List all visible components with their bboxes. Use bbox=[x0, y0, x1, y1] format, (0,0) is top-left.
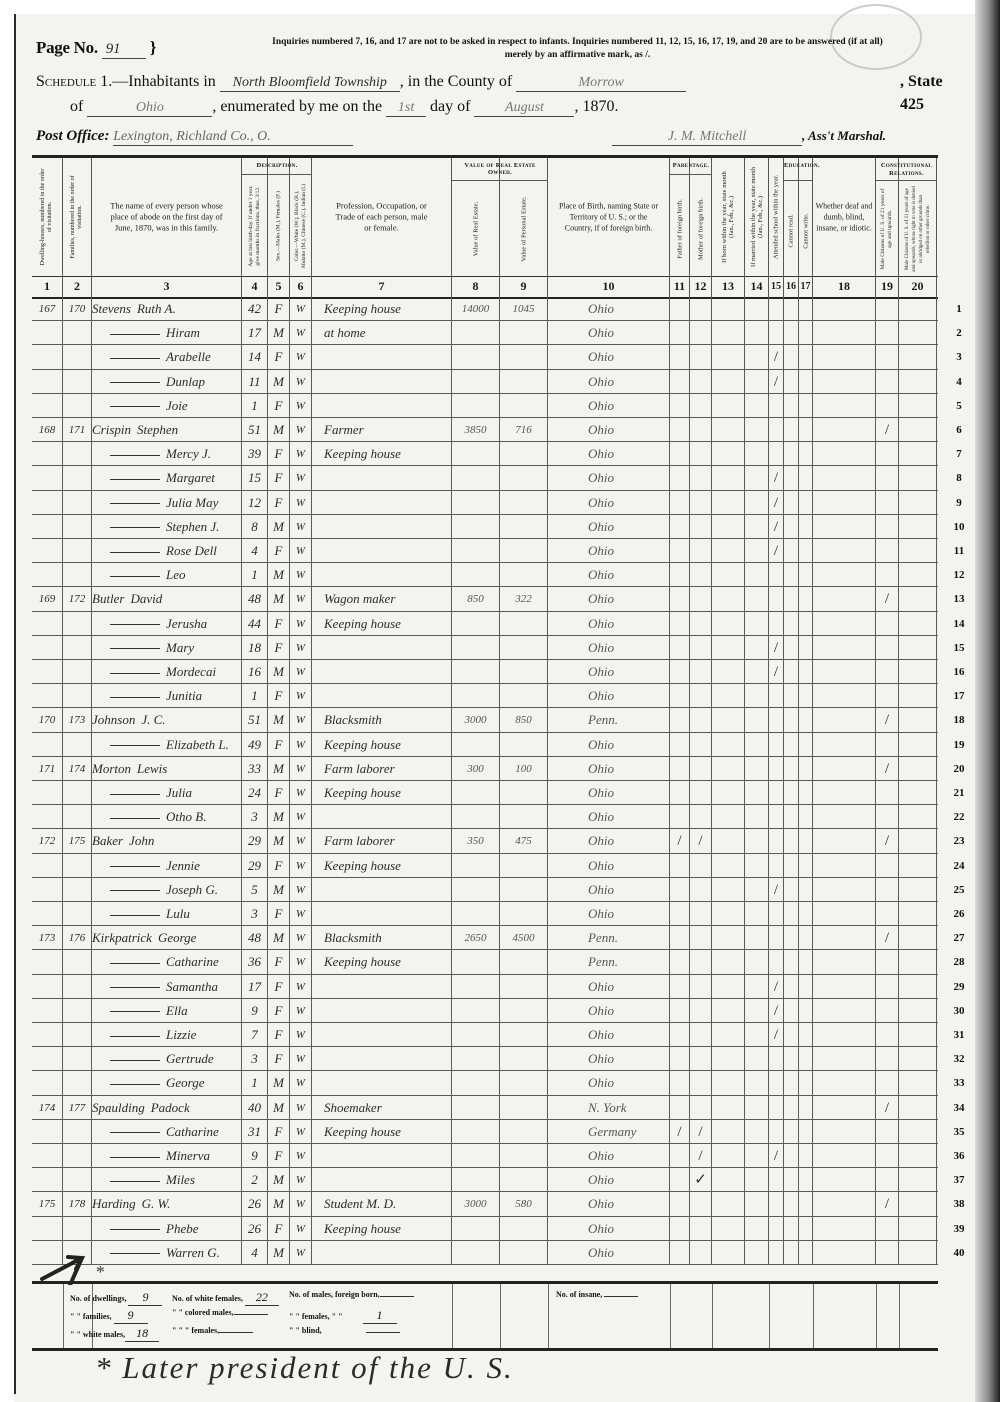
male-citizen-mark bbox=[876, 684, 899, 707]
group-divider bbox=[670, 174, 712, 175]
cannot-write bbox=[799, 781, 813, 804]
person-name-cell: Rose Dell bbox=[92, 539, 242, 562]
personal-estate-value bbox=[500, 1120, 548, 1143]
person-name-cell: Lulu bbox=[92, 902, 242, 925]
sex: F bbox=[268, 491, 290, 514]
sex: M bbox=[268, 757, 290, 780]
male-citizen-mark bbox=[876, 515, 899, 538]
occupation bbox=[312, 636, 452, 659]
year-label: , 1870. bbox=[574, 98, 618, 115]
vote-denied bbox=[899, 999, 937, 1022]
line-number: 9 bbox=[944, 491, 974, 515]
cannot-read bbox=[784, 1192, 799, 1215]
person-name-cell: Jennie bbox=[92, 854, 242, 877]
col-num-20: 20 bbox=[899, 276, 937, 297]
born-within-year bbox=[712, 926, 745, 949]
col-num-14: 14 bbox=[745, 276, 769, 297]
line-number: 36 bbox=[944, 1144, 974, 1168]
personal-estate-value bbox=[500, 781, 548, 804]
col-header-6: Color.—White (W.), Black (B.), Mulatto (… bbox=[290, 158, 312, 276]
day-of-label: day of bbox=[430, 98, 470, 115]
personal-estate-value bbox=[500, 442, 548, 465]
given-name: G. W. bbox=[142, 1196, 171, 1211]
sex: M bbox=[268, 587, 290, 610]
male-citizen-mark bbox=[876, 1071, 899, 1094]
occupation: Keeping house bbox=[312, 950, 452, 973]
age: 39 bbox=[242, 442, 268, 465]
deaf-blind-insane bbox=[813, 636, 876, 659]
family-number bbox=[63, 466, 92, 489]
census-row: Jerusha 44 F W Keeping house Ohio 14 bbox=[32, 612, 938, 636]
sex: F bbox=[268, 394, 290, 417]
summary-families: " " families, 9 bbox=[70, 1308, 148, 1324]
cannot-read bbox=[784, 781, 799, 804]
census-row: Stephen J. 8 M W Ohio / 10 bbox=[32, 515, 938, 539]
line-number: 14 bbox=[944, 612, 974, 636]
dwelling-number: 169 bbox=[32, 587, 63, 610]
census-row: 172 175 BakerJohn 29 M W Farm laborer 35… bbox=[32, 829, 938, 853]
person-name-cell: Phebe bbox=[92, 1217, 242, 1240]
township-field: North Bloomfield Township bbox=[220, 75, 400, 92]
real-estate-value bbox=[452, 878, 500, 901]
color: W bbox=[290, 926, 312, 949]
cannot-read bbox=[784, 587, 799, 610]
attended-school-mark bbox=[769, 612, 784, 635]
sex: F bbox=[268, 902, 290, 925]
mother-foreign-mark bbox=[690, 491, 712, 514]
occupation: Keeping house bbox=[312, 854, 452, 877]
mother-foreign-mark bbox=[690, 466, 712, 489]
ditto-dash bbox=[110, 1181, 160, 1182]
real-estate-value bbox=[452, 1241, 500, 1264]
real-estate-value bbox=[452, 902, 500, 925]
birthplace: Ohio bbox=[548, 370, 670, 393]
dwelling-number bbox=[32, 1217, 63, 1240]
family-number bbox=[63, 394, 92, 417]
occupation bbox=[312, 563, 452, 586]
census-row: Minerva 9 F W Ohio / / 36 bbox=[32, 1144, 938, 1168]
father-foreign-mark bbox=[670, 491, 690, 514]
born-within-year bbox=[712, 1241, 745, 1264]
dwelling-number: 167 bbox=[32, 297, 63, 320]
born-within-year bbox=[712, 950, 745, 973]
col-header-13: If born within the year, state month (Ja… bbox=[712, 158, 745, 276]
color: W bbox=[290, 370, 312, 393]
personal-estate-value bbox=[500, 999, 548, 1022]
occupation bbox=[312, 345, 452, 368]
given-name: Phebe bbox=[166, 1221, 198, 1236]
birthplace: Ohio bbox=[548, 757, 670, 780]
county-label: , in the County of bbox=[400, 73, 512, 90]
vote-denied bbox=[899, 418, 937, 441]
born-within-year bbox=[712, 660, 745, 683]
occupation: Keeping house bbox=[312, 781, 452, 804]
personal-estate-value bbox=[500, 684, 548, 707]
family-number: 172 bbox=[63, 587, 92, 610]
cannot-write bbox=[799, 321, 813, 344]
cannot-read bbox=[784, 1168, 799, 1191]
occupation: at home bbox=[312, 321, 452, 344]
attended-school-mark bbox=[769, 950, 784, 973]
personal-estate-value bbox=[500, 466, 548, 489]
birthplace: Penn. bbox=[548, 950, 670, 973]
attended-school-mark: / bbox=[769, 345, 784, 368]
cannot-write bbox=[799, 345, 813, 368]
cannot-write bbox=[799, 999, 813, 1022]
sex: M bbox=[268, 1071, 290, 1094]
col-num-10: 10 bbox=[548, 276, 670, 297]
birthplace: Ohio bbox=[548, 1047, 670, 1070]
person-name-cell: Miles bbox=[92, 1168, 242, 1191]
ditto-dash bbox=[110, 527, 160, 528]
cannot-read bbox=[784, 491, 799, 514]
male-citizen-mark bbox=[876, 733, 899, 756]
ditto-dash bbox=[110, 794, 160, 795]
sex: M bbox=[268, 321, 290, 344]
real-estate-value bbox=[452, 1120, 500, 1143]
family-number bbox=[63, 805, 92, 828]
born-within-year bbox=[712, 1168, 745, 1191]
age: 36 bbox=[242, 950, 268, 973]
attended-school-mark: / bbox=[769, 636, 784, 659]
deaf-blind-insane bbox=[813, 1217, 876, 1240]
vote-denied bbox=[899, 321, 937, 344]
mother-foreign-mark bbox=[690, 539, 712, 562]
col-num-15: 15 bbox=[769, 276, 784, 297]
person-name-cell: Arabelle bbox=[92, 345, 242, 368]
occupation bbox=[312, 878, 452, 901]
married-within-year bbox=[745, 950, 769, 973]
family-number bbox=[63, 1217, 92, 1240]
color: W bbox=[290, 539, 312, 562]
occupation: Keeping house bbox=[312, 733, 452, 756]
family-number: 177 bbox=[63, 1096, 92, 1119]
ditto-dash bbox=[110, 1011, 160, 1012]
father-foreign-mark bbox=[670, 612, 690, 635]
col-num-16: 16 bbox=[784, 276, 799, 297]
cannot-read bbox=[784, 345, 799, 368]
color: W bbox=[290, 733, 312, 756]
age: 4 bbox=[242, 1241, 268, 1264]
ditto-dash bbox=[110, 552, 160, 553]
vote-denied bbox=[899, 684, 937, 707]
age: 1 bbox=[242, 394, 268, 417]
notice-line-2: merely by an affirmative mark, as /. bbox=[215, 49, 940, 62]
col-header-1: Dwelling-houses, numbered in the order o… bbox=[32, 158, 63, 276]
family-number bbox=[63, 515, 92, 538]
real-estate-value bbox=[452, 1144, 500, 1167]
page-number: Page No. 91 } bbox=[36, 38, 156, 59]
mother-foreign-mark bbox=[690, 1071, 712, 1094]
married-within-year bbox=[745, 805, 769, 828]
star-mark: * bbox=[95, 1262, 104, 1283]
dwelling-number: 173 bbox=[32, 926, 63, 949]
age: 48 bbox=[242, 926, 268, 949]
birthplace: Ohio bbox=[548, 1168, 670, 1191]
attended-school-mark bbox=[769, 1047, 784, 1070]
page-summary: No. of dwellings, 9 " " families, 9 " " … bbox=[32, 1281, 938, 1351]
dwelling-number bbox=[32, 660, 63, 683]
attended-school-mark: / bbox=[769, 660, 784, 683]
page-number-label: Page No. bbox=[36, 38, 98, 57]
male-citizen-mark bbox=[876, 636, 899, 659]
male-citizen-mark bbox=[876, 805, 899, 828]
census-row: 168 171 CrispinStephen 51 M W Farmer 385… bbox=[32, 418, 938, 442]
occupation bbox=[312, 660, 452, 683]
married-within-year bbox=[745, 781, 769, 804]
personal-estate-value bbox=[500, 1241, 548, 1264]
cannot-write bbox=[799, 491, 813, 514]
person-name-cell: KirkpatrickGeorge bbox=[92, 926, 242, 949]
born-within-year bbox=[712, 829, 745, 852]
line-number: 34 bbox=[944, 1096, 974, 1120]
real-estate-value bbox=[452, 370, 500, 393]
sex: M bbox=[268, 370, 290, 393]
born-within-year bbox=[712, 781, 745, 804]
sex: M bbox=[268, 708, 290, 731]
vote-denied bbox=[899, 345, 937, 368]
census-row: Warren G. 4 M W Ohio 40 bbox=[32, 1241, 938, 1265]
married-within-year bbox=[745, 1120, 769, 1143]
col-header-3: The name of every person whose place of … bbox=[92, 158, 242, 276]
sex: F bbox=[268, 1120, 290, 1143]
family-number: 171 bbox=[63, 418, 92, 441]
male-citizen-mark bbox=[876, 466, 899, 489]
sex: F bbox=[268, 1023, 290, 1046]
born-within-year bbox=[712, 321, 745, 344]
ditto-dash bbox=[110, 1132, 160, 1133]
census-row: Ella 9 F W Ohio / 30 bbox=[32, 999, 938, 1023]
birthplace: Ohio bbox=[548, 442, 670, 465]
person-name-cell: MortonLewis bbox=[92, 757, 242, 780]
census-row: Leo 1 M W Ohio 12 bbox=[32, 563, 938, 587]
census-row: Phebe 26 F W Keeping house Ohio 39 bbox=[32, 1217, 938, 1241]
father-foreign-mark bbox=[670, 1096, 690, 1119]
cannot-write bbox=[799, 515, 813, 538]
col-num-19: 19 bbox=[876, 276, 899, 297]
line-number: 38 bbox=[944, 1192, 974, 1216]
given-name: Mercy J. bbox=[166, 446, 211, 461]
vote-denied bbox=[899, 1047, 937, 1070]
married-within-year bbox=[745, 539, 769, 562]
surname: Harding bbox=[92, 1196, 136, 1211]
attended-school-mark: / bbox=[769, 1144, 784, 1167]
surname: Crispin bbox=[92, 422, 131, 437]
male-citizen-mark bbox=[876, 1168, 899, 1191]
given-name: Lizzie bbox=[166, 1027, 196, 1042]
birthplace: Ohio bbox=[548, 829, 670, 852]
cannot-read bbox=[784, 1071, 799, 1094]
vote-denied bbox=[899, 733, 937, 756]
male-citizen-mark bbox=[876, 781, 899, 804]
vote-denied bbox=[899, 370, 937, 393]
dwellings-count: 9 bbox=[128, 1290, 162, 1306]
ditto-dash bbox=[110, 1253, 160, 1254]
sex: F bbox=[268, 733, 290, 756]
born-within-year bbox=[712, 999, 745, 1022]
birthplace: Ohio bbox=[548, 902, 670, 925]
personal-estate-value bbox=[500, 733, 548, 756]
real-estate-value bbox=[452, 854, 500, 877]
male-citizen-mark bbox=[876, 1047, 899, 1070]
summary-white-females: No. of white females, 22 bbox=[172, 1290, 279, 1306]
person-name-cell: Ella bbox=[92, 999, 242, 1022]
dwelling-number: 174 bbox=[32, 1096, 63, 1119]
born-within-year bbox=[712, 418, 745, 441]
male-citizen-mark bbox=[876, 902, 899, 925]
col-header-5: Sex.—Males (M.), Females (F.) bbox=[268, 158, 290, 276]
attended-school-mark bbox=[769, 394, 784, 417]
personal-estate-value bbox=[500, 805, 548, 828]
male-citizen-mark bbox=[876, 612, 899, 635]
age: 48 bbox=[242, 587, 268, 610]
sex: F bbox=[268, 1144, 290, 1167]
family-number bbox=[63, 563, 92, 586]
married-within-year bbox=[745, 418, 769, 441]
family-number bbox=[63, 733, 92, 756]
birthplace: Ohio bbox=[548, 854, 670, 877]
male-citizen-mark bbox=[876, 854, 899, 877]
col-header-11: Father of foreign birth. bbox=[670, 158, 690, 276]
born-within-year bbox=[712, 684, 745, 707]
mother-foreign-mark bbox=[690, 1023, 712, 1046]
dwelling-number bbox=[32, 1047, 63, 1070]
mother-foreign-mark bbox=[690, 1047, 712, 1070]
born-within-year bbox=[712, 636, 745, 659]
father-foreign-mark bbox=[670, 370, 690, 393]
deaf-blind-insane bbox=[813, 805, 876, 828]
vote-denied bbox=[899, 1120, 937, 1143]
page-number-value: 91 bbox=[102, 41, 146, 59]
mother-foreign-mark bbox=[690, 418, 712, 441]
ditto-dash bbox=[110, 648, 160, 649]
attended-school-mark: / bbox=[769, 466, 784, 489]
sex: M bbox=[268, 829, 290, 852]
male-citizen-mark bbox=[876, 370, 899, 393]
col-num-11: 11 bbox=[670, 276, 690, 297]
given-name: Warren G. bbox=[166, 1245, 220, 1260]
person-name-cell: George bbox=[92, 1071, 242, 1094]
vote-denied bbox=[899, 805, 937, 828]
deaf-blind-insane bbox=[813, 587, 876, 610]
family-number: 173 bbox=[63, 708, 92, 731]
personal-estate-value bbox=[500, 1023, 548, 1046]
census-row: Julia 24 F W Keeping house Ohio 21 bbox=[32, 781, 938, 805]
census-row: Lulu 3 F W Ohio 26 bbox=[32, 902, 938, 926]
attended-school-mark: / bbox=[769, 975, 784, 998]
deaf-blind-insane bbox=[813, 975, 876, 998]
color: W bbox=[290, 321, 312, 344]
cannot-write bbox=[799, 1047, 813, 1070]
mother-foreign-mark: / bbox=[690, 1120, 712, 1143]
personal-estate-value: 100 bbox=[500, 757, 548, 780]
census-row: Joie 1 F W Ohio 5 bbox=[32, 394, 938, 418]
family-number: 170 bbox=[63, 297, 92, 320]
age: 26 bbox=[242, 1192, 268, 1215]
summary-divider bbox=[670, 1284, 713, 1348]
born-within-year bbox=[712, 442, 745, 465]
birthplace: Ohio bbox=[548, 491, 670, 514]
color: W bbox=[290, 999, 312, 1022]
personal-estate-value bbox=[500, 878, 548, 901]
male-citizen-mark: / bbox=[876, 829, 899, 852]
sex: M bbox=[268, 1168, 290, 1191]
cannot-read bbox=[784, 684, 799, 707]
family-number bbox=[63, 1023, 92, 1046]
dwelling-number: 168 bbox=[32, 418, 63, 441]
birthplace: Ohio bbox=[548, 563, 670, 586]
real-estate-value bbox=[452, 733, 500, 756]
person-name-cell: StevensRuth A. bbox=[92, 297, 242, 320]
vote-denied bbox=[899, 491, 937, 514]
deaf-blind-insane bbox=[813, 878, 876, 901]
color: W bbox=[290, 418, 312, 441]
family-number: 174 bbox=[63, 757, 92, 780]
married-within-year bbox=[745, 612, 769, 635]
deaf-blind-insane bbox=[813, 1071, 876, 1094]
line-number: 12 bbox=[944, 563, 974, 587]
mother-foreign-mark bbox=[690, 1096, 712, 1119]
vote-denied bbox=[899, 1071, 937, 1094]
married-within-year bbox=[745, 587, 769, 610]
attended-school-mark bbox=[769, 1241, 784, 1264]
father-foreign-mark bbox=[670, 1047, 690, 1070]
vote-denied bbox=[899, 660, 937, 683]
census-row: Margaret 15 F W Ohio / 8 bbox=[32, 466, 938, 490]
occupation: Keeping house bbox=[312, 297, 452, 320]
sex: M bbox=[268, 1096, 290, 1119]
vote-denied bbox=[899, 1168, 937, 1191]
deaf-blind-insane bbox=[813, 418, 876, 441]
dwelling-number bbox=[32, 1023, 63, 1046]
attended-school-mark bbox=[769, 684, 784, 707]
footnote-annotation: * Later president of the U. S. bbox=[95, 1350, 514, 1386]
deaf-blind-insane bbox=[813, 999, 876, 1022]
vote-denied bbox=[899, 563, 937, 586]
real-estate-value bbox=[452, 660, 500, 683]
line-number: 18 bbox=[944, 708, 974, 732]
birthplace: Ohio bbox=[548, 1217, 670, 1240]
married-within-year bbox=[745, 394, 769, 417]
group-divider bbox=[242, 174, 312, 175]
cannot-write bbox=[799, 563, 813, 586]
age: 3 bbox=[242, 1047, 268, 1070]
given-name: Catharine bbox=[166, 1124, 219, 1139]
line-number: 39 bbox=[944, 1217, 974, 1241]
attended-school-mark: / bbox=[769, 515, 784, 538]
attended-school-mark bbox=[769, 418, 784, 441]
given-name: Jennie bbox=[166, 858, 200, 873]
census-row: Joseph G. 5 M W Ohio / 25 bbox=[32, 878, 938, 902]
vote-denied bbox=[899, 1144, 937, 1167]
of-label: of bbox=[70, 98, 83, 115]
attended-school-mark bbox=[769, 733, 784, 756]
color: W bbox=[290, 442, 312, 465]
age: 17 bbox=[242, 321, 268, 344]
cannot-read bbox=[784, 926, 799, 949]
birthplace: Ohio bbox=[548, 587, 670, 610]
deaf-blind-insane bbox=[813, 1168, 876, 1191]
cannot-read bbox=[784, 515, 799, 538]
family-number: 178 bbox=[63, 1192, 92, 1215]
deaf-blind-insane bbox=[813, 781, 876, 804]
occupation bbox=[312, 1144, 452, 1167]
cannot-write bbox=[799, 1168, 813, 1191]
age: 51 bbox=[242, 418, 268, 441]
father-foreign-mark bbox=[670, 345, 690, 368]
line-number: 11 bbox=[944, 539, 974, 563]
person-name-cell: Warren G. bbox=[92, 1241, 242, 1264]
